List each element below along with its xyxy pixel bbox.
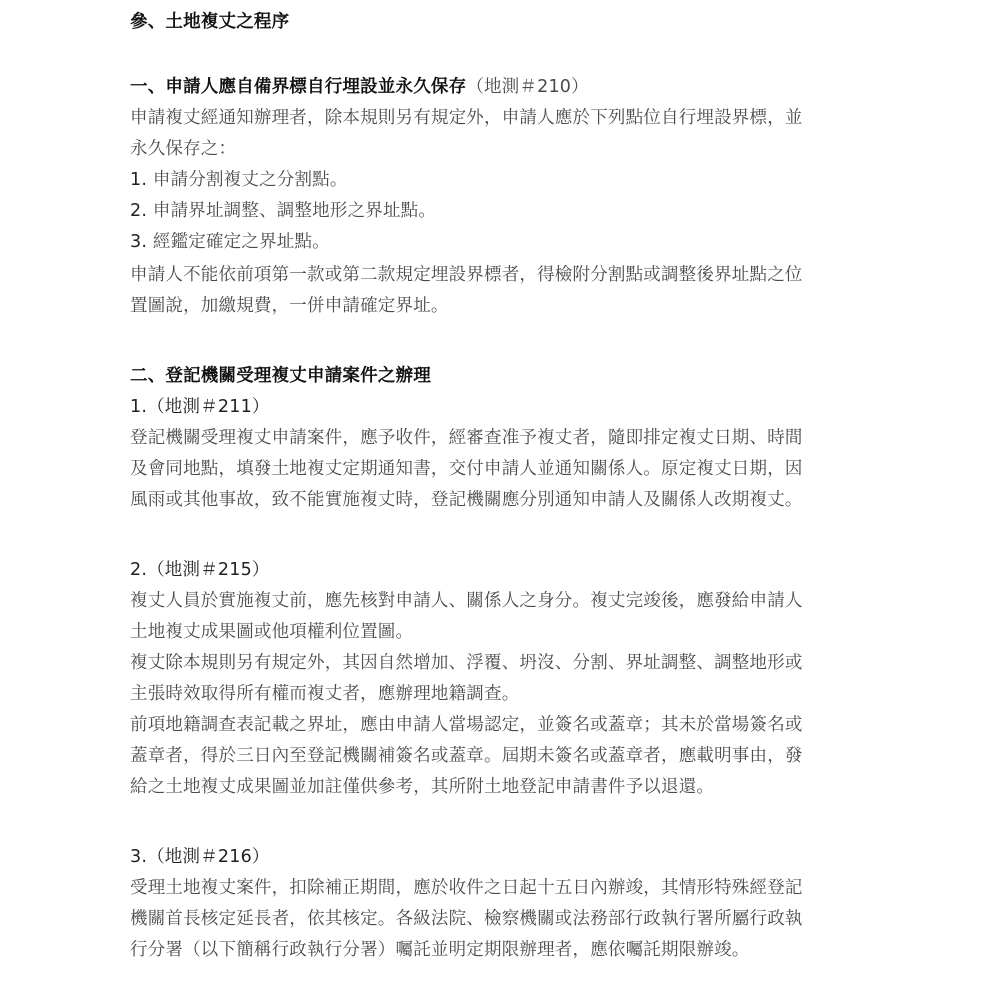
list-number: 1. — [130, 170, 147, 190]
section-heading-2: 二、登記機關受理複丈申請案件之辦理 — [130, 364, 431, 388]
section-heading-text: 一、申請人應自備界標自行埋設並永久保存 — [130, 77, 466, 97]
paragraph-line: 行分署（以下簡稱行政執行分署）囑託並明定期限辦理者，應依囑託期限辦竣。 — [130, 938, 750, 962]
list-item: 2. 申請界址調整、調整地形之界址點。 — [130, 199, 436, 223]
paragraph-line: 置圖說，加繳規費，一併申請確定界址。 — [130, 294, 449, 318]
list-number: 2. — [130, 201, 147, 221]
paragraph-line: 申請人不能依前項第一款或第二款規定埋設界標者，得檢附分割點或調整後界址點之位 — [130, 263, 803, 287]
item-label: 3.（地測＃216） — [130, 845, 270, 869]
list-number: 3. — [130, 232, 147, 252]
paragraph-line: 及會同地點，填發土地複丈定期通知書，交付申請人並通知關係人。原定複丈日期，因 — [130, 457, 803, 481]
paragraph-line: 風雨或其他事故，致不能實施複丈時，登記機關應分別通知申請人及關係人改期複丈。 — [130, 488, 803, 512]
list-item: 1. 申請分割複丈之分割點。 — [130, 168, 348, 192]
paragraph-line: 申請複丈經通知辦理者，除本規則另有規定外，申請人應於下列點位自行埋設界標，並 — [130, 106, 803, 130]
item-label: 2.（地測＃215） — [130, 558, 270, 582]
paragraph-line: 複丈人員於實施複丈前，應先核對申請人、關係人之身分。複丈完竣後，應發給申請人 — [130, 589, 803, 613]
paragraph-line: 蓋章者，得於三日內至登記機關補簽名或蓋章。屆期未簽名或蓋章者，應載明事由，發 — [130, 744, 803, 768]
paragraph-line: 前項地籍調查表記載之界址，應由申請人當場認定，並簽名或蓋章；其未於當場簽名或 — [130, 713, 803, 737]
document-title: 參、土地複丈之程序 — [130, 10, 289, 34]
paragraph-line: 登記機關受理複丈申請案件，應予收件，經審查准予複丈者，隨即排定複丈日期、時間 — [130, 426, 803, 450]
paragraph-line: 主張時效取得所有權而複丈者，應辦理地籍調查。 — [130, 682, 519, 706]
section-heading-1: 一、申請人應自備界標自行埋設並永久保存（地測＃210） — [130, 75, 589, 99]
list-text: 申請分割複丈之分割點。 — [153, 170, 348, 190]
paragraph-line: 永久保存之： — [130, 137, 236, 161]
list-text: 申請界址調整、調整地形之界址點。 — [153, 201, 436, 221]
list-text: 經鑑定確定之界址點。 — [153, 232, 330, 252]
paragraph-line: 土地複丈成果圖或他項權利位置圖。 — [130, 620, 413, 644]
paragraph-line: 給之土地複丈成果圖並加註僅供參考，其所附土地登記申請書件予以退還。 — [130, 775, 714, 799]
item-label: 1.（地測＃211） — [130, 395, 270, 419]
paragraph-line: 機關首長核定延長者，依其核定。各級法院、檢察機關或法務部行政執行署所屬行政執 — [130, 907, 803, 931]
paragraph-line: 受理土地複丈案件，扣除補正期間，應於收件之日起十五日內辦竣，其情形特殊經登記 — [130, 876, 803, 900]
paragraph-line: 複丈除本規則另有規定外，其因自然增加、浮覆、坍沒、分割、界址調整、調整地形或 — [130, 651, 803, 675]
section-heading-ref: （地測＃210） — [466, 77, 589, 97]
list-item: 3. 經鑑定確定之界址點。 — [130, 230, 330, 254]
